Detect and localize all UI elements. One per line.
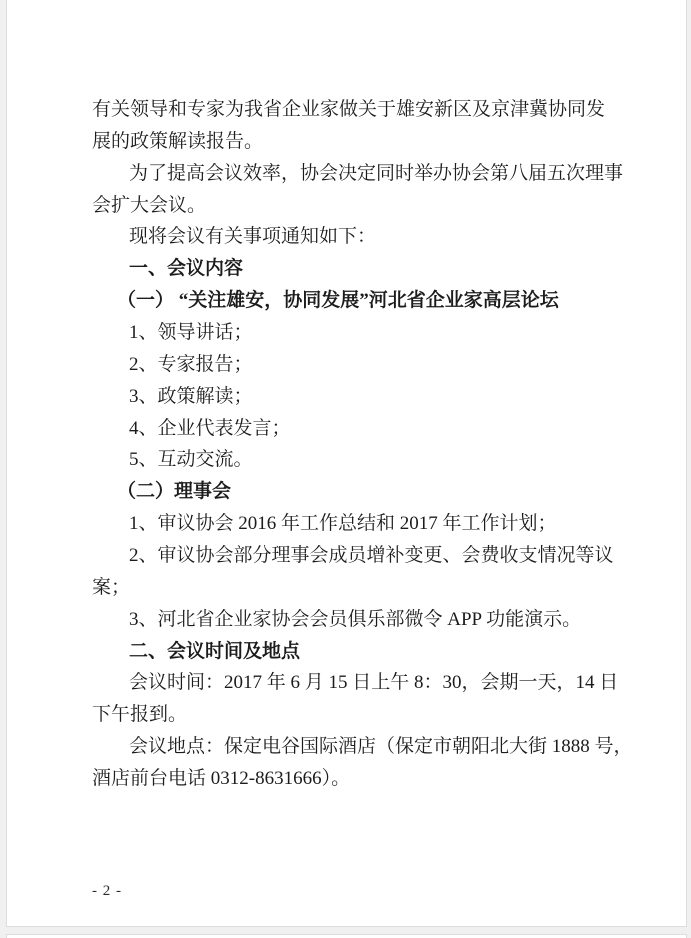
list-item: 3、政策解读； [92,381,612,413]
subsection-heading-1: （一） “关注雄安，协同发展”河北省企业家高层论坛 [92,285,612,317]
next-page-edge[interactable] [6,934,687,938]
paragraph-line: 为了提高会议效率，协会决定同时举办协会第八届五次理事 [92,158,612,190]
section-heading-2: 二、会议时间及地点 [92,636,612,668]
list-item: 1、审议协会 2016 年工作总结和 2017 年工作计划； [92,508,612,540]
list-item: 1、领导讲话； [92,317,612,349]
list-item: 3、河北省企业家协会会员俱乐部微令 APP 功能演示。 [92,604,612,636]
document-viewer: 有关领导和专家为我省企业家做关于雄安新区及京津冀协同发 展的政策解读报告。 为了… [0,0,691,938]
paragraph-line: 有关领导和专家为我省企业家做关于雄安新区及京津冀协同发 [92,94,612,126]
page-number: - 2 - [92,883,122,900]
subsection-heading-2: （二）理事会 [92,476,612,508]
list-item: 2、审议协会部分理事会成员增补变更、会费收支情况等议 [92,540,612,572]
list-item: 2、专家报告； [92,349,612,381]
list-item: 4、企业代表发言； [92,413,612,445]
paragraph-line: 下午报到。 [92,699,612,731]
paragraph-line: 现将会议有关事项通知如下： [92,221,612,253]
paragraph-line: 酒店前台电话 0312-8631666）。 [92,763,612,795]
paragraph-line: 展的政策解读报告。 [92,126,612,158]
section-heading-1: 一、会议内容 [92,253,612,285]
list-item: 5、互动交流。 [92,444,612,476]
paragraph-line: 案； [92,572,612,604]
paragraph-line: 会扩大会议。 [92,190,612,222]
page-text-block: 有关领导和专家为我省企业家做关于雄安新区及京津冀协同发 展的政策解读报告。 为了… [92,94,612,795]
paragraph-line: 会议地点：保定电谷国际酒店（保定市朝阳北大街 1888 号， [92,731,612,763]
paragraph-line: 会议时间：2017 年 6 月 15 日上午 8：30，会期一天，14 日 [92,667,612,699]
